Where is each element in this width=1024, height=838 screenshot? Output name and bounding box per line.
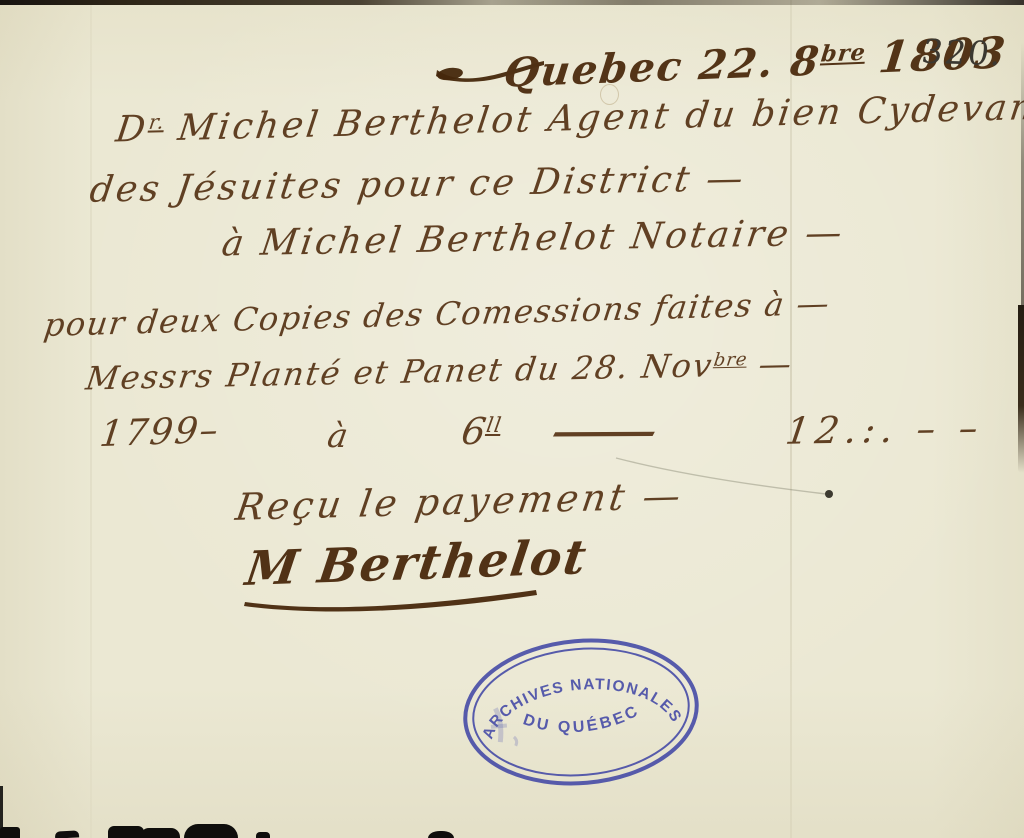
debit-header-line2: des Jésuites pour ce District —: [88, 161, 748, 209]
amount-at: à: [325, 419, 350, 452]
amount-rate: 6ll: [459, 413, 504, 450]
signature-flourish: [242, 586, 542, 614]
bottom-ink-artifact: [428, 831, 454, 838]
debtor-initial: D: [113, 109, 150, 151]
dateline-city-day: Quebec 22. 8: [501, 37, 823, 96]
top-edge-shadow: [0, 0, 1024, 5]
amount-total: 12.:. – –: [783, 409, 986, 450]
dateline-month-suffix: bre: [820, 40, 868, 68]
charge-line-1: pour deux Copies des Comessions faites à…: [42, 287, 832, 341]
amount-dash: —: [547, 413, 661, 450]
stamp-bottom-text: DU QUÉBEC: [519, 701, 644, 741]
debtor-rest: Michel Berthelot Agent du bien Cydevant: [161, 86, 1024, 149]
document-scan: Quebec 22. 8bre1803 320. Dr. Michel Bert…: [0, 0, 1024, 838]
charge-line-2-sup: bre: [712, 349, 749, 371]
paper-crease: [90, 0, 92, 838]
debit-header-line: Dr. Michel Berthelot Agent du bien Cydev…: [114, 89, 1024, 148]
scratch-mark: [608, 448, 848, 508]
bottom-ink-artifact: [256, 832, 270, 838]
amount-rate-sup: ll: [485, 413, 504, 437]
charge-line-2-dash: —: [744, 345, 795, 384]
bottom-ink-artifact: [55, 830, 79, 838]
folio-number: 320.: [919, 35, 1006, 71]
bottom-ink-artifact: [184, 824, 238, 838]
amount-year: 1799–: [98, 413, 222, 453]
svg-text:DU QUÉBEC: DU QUÉBEC: [519, 701, 644, 741]
creditor-line: à Michel Berthelot Notaire —: [220, 216, 847, 263]
bottom-ink-artifact: [0, 827, 20, 838]
charge-line-2-text: Messrs Planté et Panet du 28. Nov: [83, 346, 715, 397]
right-edge-ink: [1018, 305, 1024, 473]
bottom-ink-artifact: [108, 826, 144, 838]
archives-stamp: ARCHIVES NATIONALES DU QUÉBEC: [445, 620, 716, 804]
bottom-ink-artifact: [140, 828, 180, 838]
signature: M Berthelot: [243, 534, 591, 593]
charge-line-2: Messrs Planté et Panet du 28. Novbre —: [84, 348, 795, 395]
